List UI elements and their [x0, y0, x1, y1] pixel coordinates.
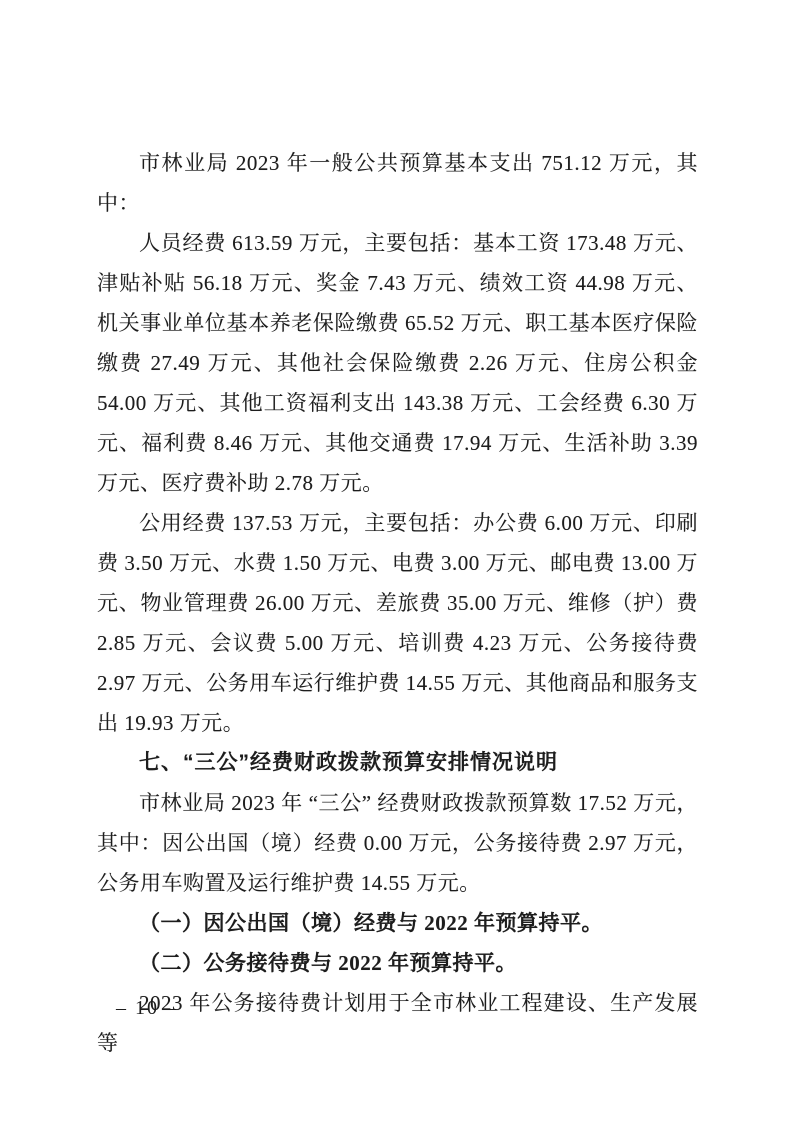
paragraph-basic-expenditure-total: 市林业局 2023 年一般公共预算基本支出 751.12 万元，其中： [97, 143, 698, 223]
paragraph-personnel-funds: 人员经费 613.59 万元，主要包括：基本工资 173.48 万元、津贴补贴 … [97, 223, 698, 503]
document-body: 市林业局 2023 年一般公共预算基本支出 751.12 万元，其中： 人员经费… [97, 143, 698, 1063]
paragraph-reception-funds-usage: 2023 年公务接待费计划用于全市林业工程建设、生产发展等 [97, 983, 698, 1063]
section-heading-three-public-funds: 七、“三公”经费财政拨款预算安排情况说明 [97, 743, 698, 783]
subheading-official-reception-funds: （二）公务接待费与 2022 年预算持平。 [97, 943, 698, 983]
page-number: – 10 – [116, 997, 178, 1020]
paragraph-three-public-budget-total: 市林业局 2023 年 “三公” 经费财政拨款预算数 17.52 万元，其中：因… [97, 783, 698, 903]
subheading-overseas-trip-funds: （一）因公出国（境）经费与 2022 年预算持平。 [97, 903, 698, 943]
paragraph-public-funds: 公用经费 137.53 万元，主要包括：办公费 6.00 万元、印刷费 3.50… [97, 503, 698, 743]
document-page: 市林业局 2023 年一般公共预算基本支出 751.12 万元，其中： 人员经费… [0, 0, 793, 1122]
